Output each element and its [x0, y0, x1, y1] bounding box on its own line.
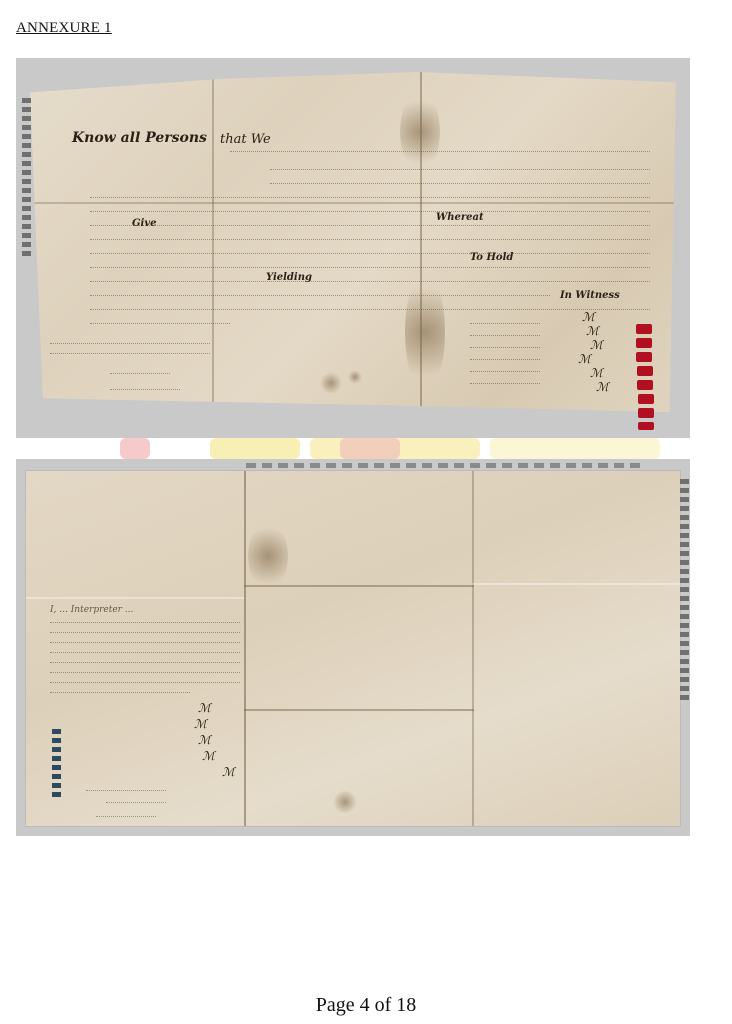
handwriting-line: [90, 210, 650, 212]
deed-front-photo: Know all Persons that We Give Whereat To…: [16, 58, 690, 438]
handwriting-line: [270, 182, 650, 184]
handwriting-line: [90, 238, 650, 240]
handwriting-line: [90, 322, 230, 324]
signature-mark: ℳ: [198, 701, 211, 715]
annexure-heading: ANNEXURE 1: [16, 20, 112, 37]
handwriting-line: [470, 322, 540, 324]
handwriting-line: [90, 308, 650, 310]
fold-line: [244, 471, 246, 826]
handwriting-line: [470, 346, 540, 348]
deed-title: Know all Persons: [72, 130, 207, 146]
handwriting-line: [90, 196, 650, 198]
fold-line: [244, 709, 474, 711]
ink-stain: [332, 791, 358, 813]
handwriting-line: [96, 815, 156, 817]
signature-mark: ℳ: [596, 380, 609, 394]
signature-mark: ℳ: [578, 352, 591, 366]
scale-bar: [22, 98, 31, 256]
signature-mark: ℳ: [582, 310, 595, 324]
signature-mark: ℳ: [194, 717, 207, 731]
fold-line: [30, 202, 676, 204]
fold-line: [472, 471, 474, 826]
fold-line: [472, 583, 680, 585]
handwriting-line: [50, 671, 240, 673]
ink-stain: [400, 92, 440, 172]
handwriting-line: [50, 681, 240, 683]
handwriting-line: [110, 372, 170, 374]
scale-bar: [246, 463, 640, 468]
handwriting-line: [50, 631, 240, 633]
parchment-back: I, ... Interpreter ... ℳ ℳ ℳ ℳ ℳ: [26, 471, 680, 826]
fold-line: [26, 597, 244, 599]
handwriting-line: [50, 691, 190, 693]
signature-mark: ℳ: [198, 733, 211, 747]
handwriting-line: [470, 382, 540, 384]
handwriting-line: [50, 352, 210, 354]
red-wax-seal: [638, 422, 654, 430]
handwriting-line: [90, 224, 650, 226]
red-wax-seal: [638, 394, 654, 404]
ink-stain: [248, 521, 288, 591]
red-wax-seal: [637, 366, 653, 376]
handwriting-line: [90, 280, 650, 282]
handwriting-line: [230, 150, 650, 152]
handwriting-line: [50, 621, 240, 623]
handwriting-line: [110, 388, 180, 390]
deed-opening: that We: [220, 132, 271, 147]
red-wax-seal: [636, 338, 652, 348]
handwriting-line: [470, 334, 540, 336]
keyword-whereat: Whereat: [436, 212, 484, 223]
signature-mark: ℳ: [590, 366, 603, 380]
handwriting-line: [50, 651, 240, 653]
handwriting-line: [90, 252, 650, 254]
handwriting-line: [50, 661, 240, 663]
signature-mark: ℳ: [202, 749, 215, 763]
ink-stain: [348, 370, 362, 384]
keyword-in-witness: In Witness: [560, 290, 620, 301]
signature-mark: ℳ: [586, 324, 599, 338]
red-wax-seal: [638, 408, 654, 418]
scale-bar: [680, 479, 689, 700]
parchment-front: Know all Persons that We Give Whereat To…: [30, 72, 676, 412]
handwriting-line: [470, 370, 540, 372]
scale-bar-blue: [52, 729, 61, 797]
handwriting-line: [270, 168, 650, 170]
deed-back-photo: I, ... Interpreter ... ℳ ℳ ℳ ℳ ℳ: [16, 459, 690, 836]
handwriting-line: [90, 294, 550, 296]
ink-stain: [320, 372, 342, 394]
ink-stain: [405, 272, 445, 392]
handwriting-line: [50, 641, 240, 643]
signature-mark: ℳ: [222, 765, 235, 779]
handwriting-line: [86, 789, 166, 791]
red-wax-seal: [636, 352, 652, 362]
handwriting-line: [106, 801, 166, 803]
handwriting-line: [90, 266, 650, 268]
page-number: Page 4 of 18: [0, 994, 732, 1017]
red-wax-seal: [637, 380, 653, 390]
red-wax-seal: [636, 324, 652, 334]
signature-mark: ℳ: [590, 338, 603, 352]
endorsement-text: I, ... Interpreter ...: [50, 605, 133, 615]
map-watermark: [40, 438, 690, 459]
handwriting-line: [470, 358, 540, 360]
handwriting-line: [50, 342, 210, 344]
fold-line: [212, 72, 214, 412]
